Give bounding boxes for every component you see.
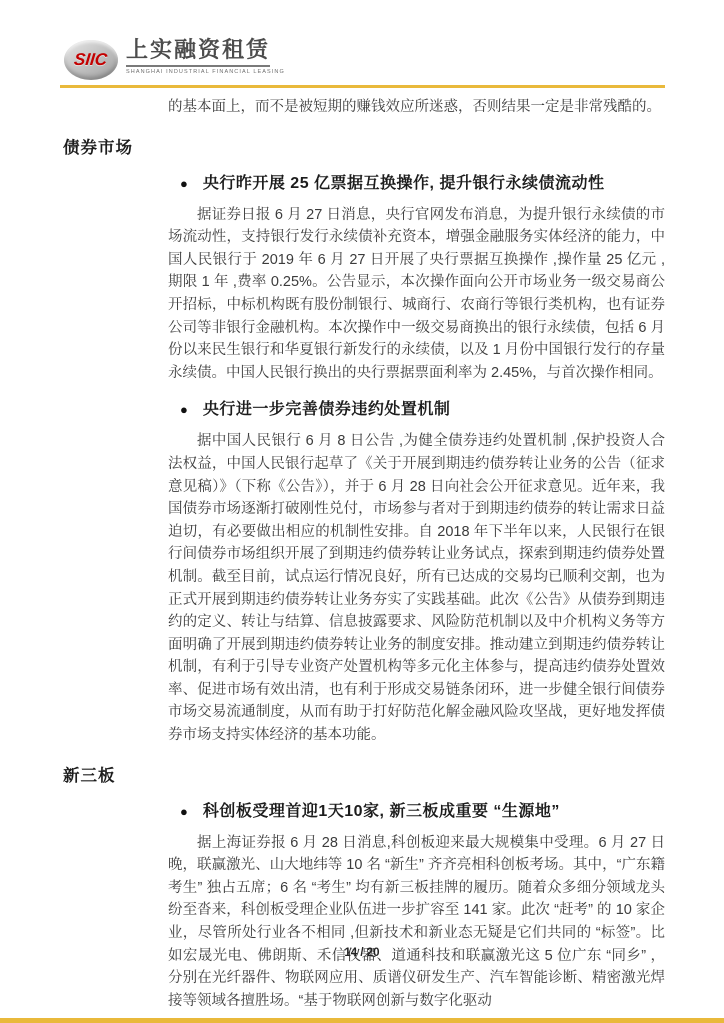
news-body: 据上海证券报 6 月 28 日消息,科创板迎来最大规模集中受理。6 月 27 日… (168, 832, 665, 1013)
bullet-icon: ● (180, 173, 188, 194)
newsletter-body: 的基本面上，而不是被短期的赚钱效应所迷惑，否则结果一定是非常残酷的。 债券市场 … (63, 94, 665, 1012)
footer-divider-rule (0, 1018, 724, 1023)
document-page: SIIC 上实融资租赁 SHANGHAI INDUSTRIAL FINANCIA… (0, 0, 724, 1023)
intro-paragraph: 的基本面上，而不是被短期的赚钱效应所迷惑，否则结果一定是非常残酷的。 (168, 96, 665, 119)
brand-block: 上实融资租赁 SHANGHAI INDUSTRIAL FINANCIAL LEA… (126, 36, 285, 75)
news-item-heading: ● 央行进一步完善债券违约处置机制 (180, 399, 665, 420)
news-headline: 央行昨开展 25 亿票据互换操作, 提升银行永续债流动性 (203, 173, 605, 194)
news-headline: 央行进一步完善债券违约处置机制 (203, 399, 451, 420)
bullet-icon: ● (180, 399, 188, 420)
news-headline: 科创板受理首迎1天10家, 新三板成重要 “生源地” (203, 801, 560, 822)
siic-logo-text: SIIC (73, 50, 108, 70)
bullet-icon: ● (180, 801, 188, 822)
company-letterhead: SIIC 上实融资租赁 SHANGHAI INDUSTRIAL FINANCIA… (64, 36, 285, 80)
news-body: 据中国人民银行 6 月 8 日公告 ,为健全债券违约处置机制 ,保护投资人合法权… (168, 430, 665, 746)
news-item-heading: ● 央行昨开展 25 亿票据互换操作, 提升银行永续债流动性 (180, 173, 665, 194)
brand-name: 上实融资租赁 (126, 36, 270, 67)
page-number: 14 / 20 (0, 947, 724, 959)
brand-subtitle: SHANGHAI INDUSTRIAL FINANCIAL LEASING (126, 69, 285, 75)
news-body: 据证券日报 6 月 27 日消息，央行官网发布消息，为提升银行永续债的市场流动性… (168, 204, 665, 385)
header-divider-rule (60, 85, 665, 88)
news-item-heading: ● 科创板受理首迎1天10家, 新三板成重要 “生源地” (180, 801, 665, 822)
siic-globe-logo-icon: SIIC (64, 40, 118, 80)
section-heading-bond-market: 债券市场 (63, 134, 665, 158)
section-heading-new-third-board: 新三板 (63, 762, 665, 786)
